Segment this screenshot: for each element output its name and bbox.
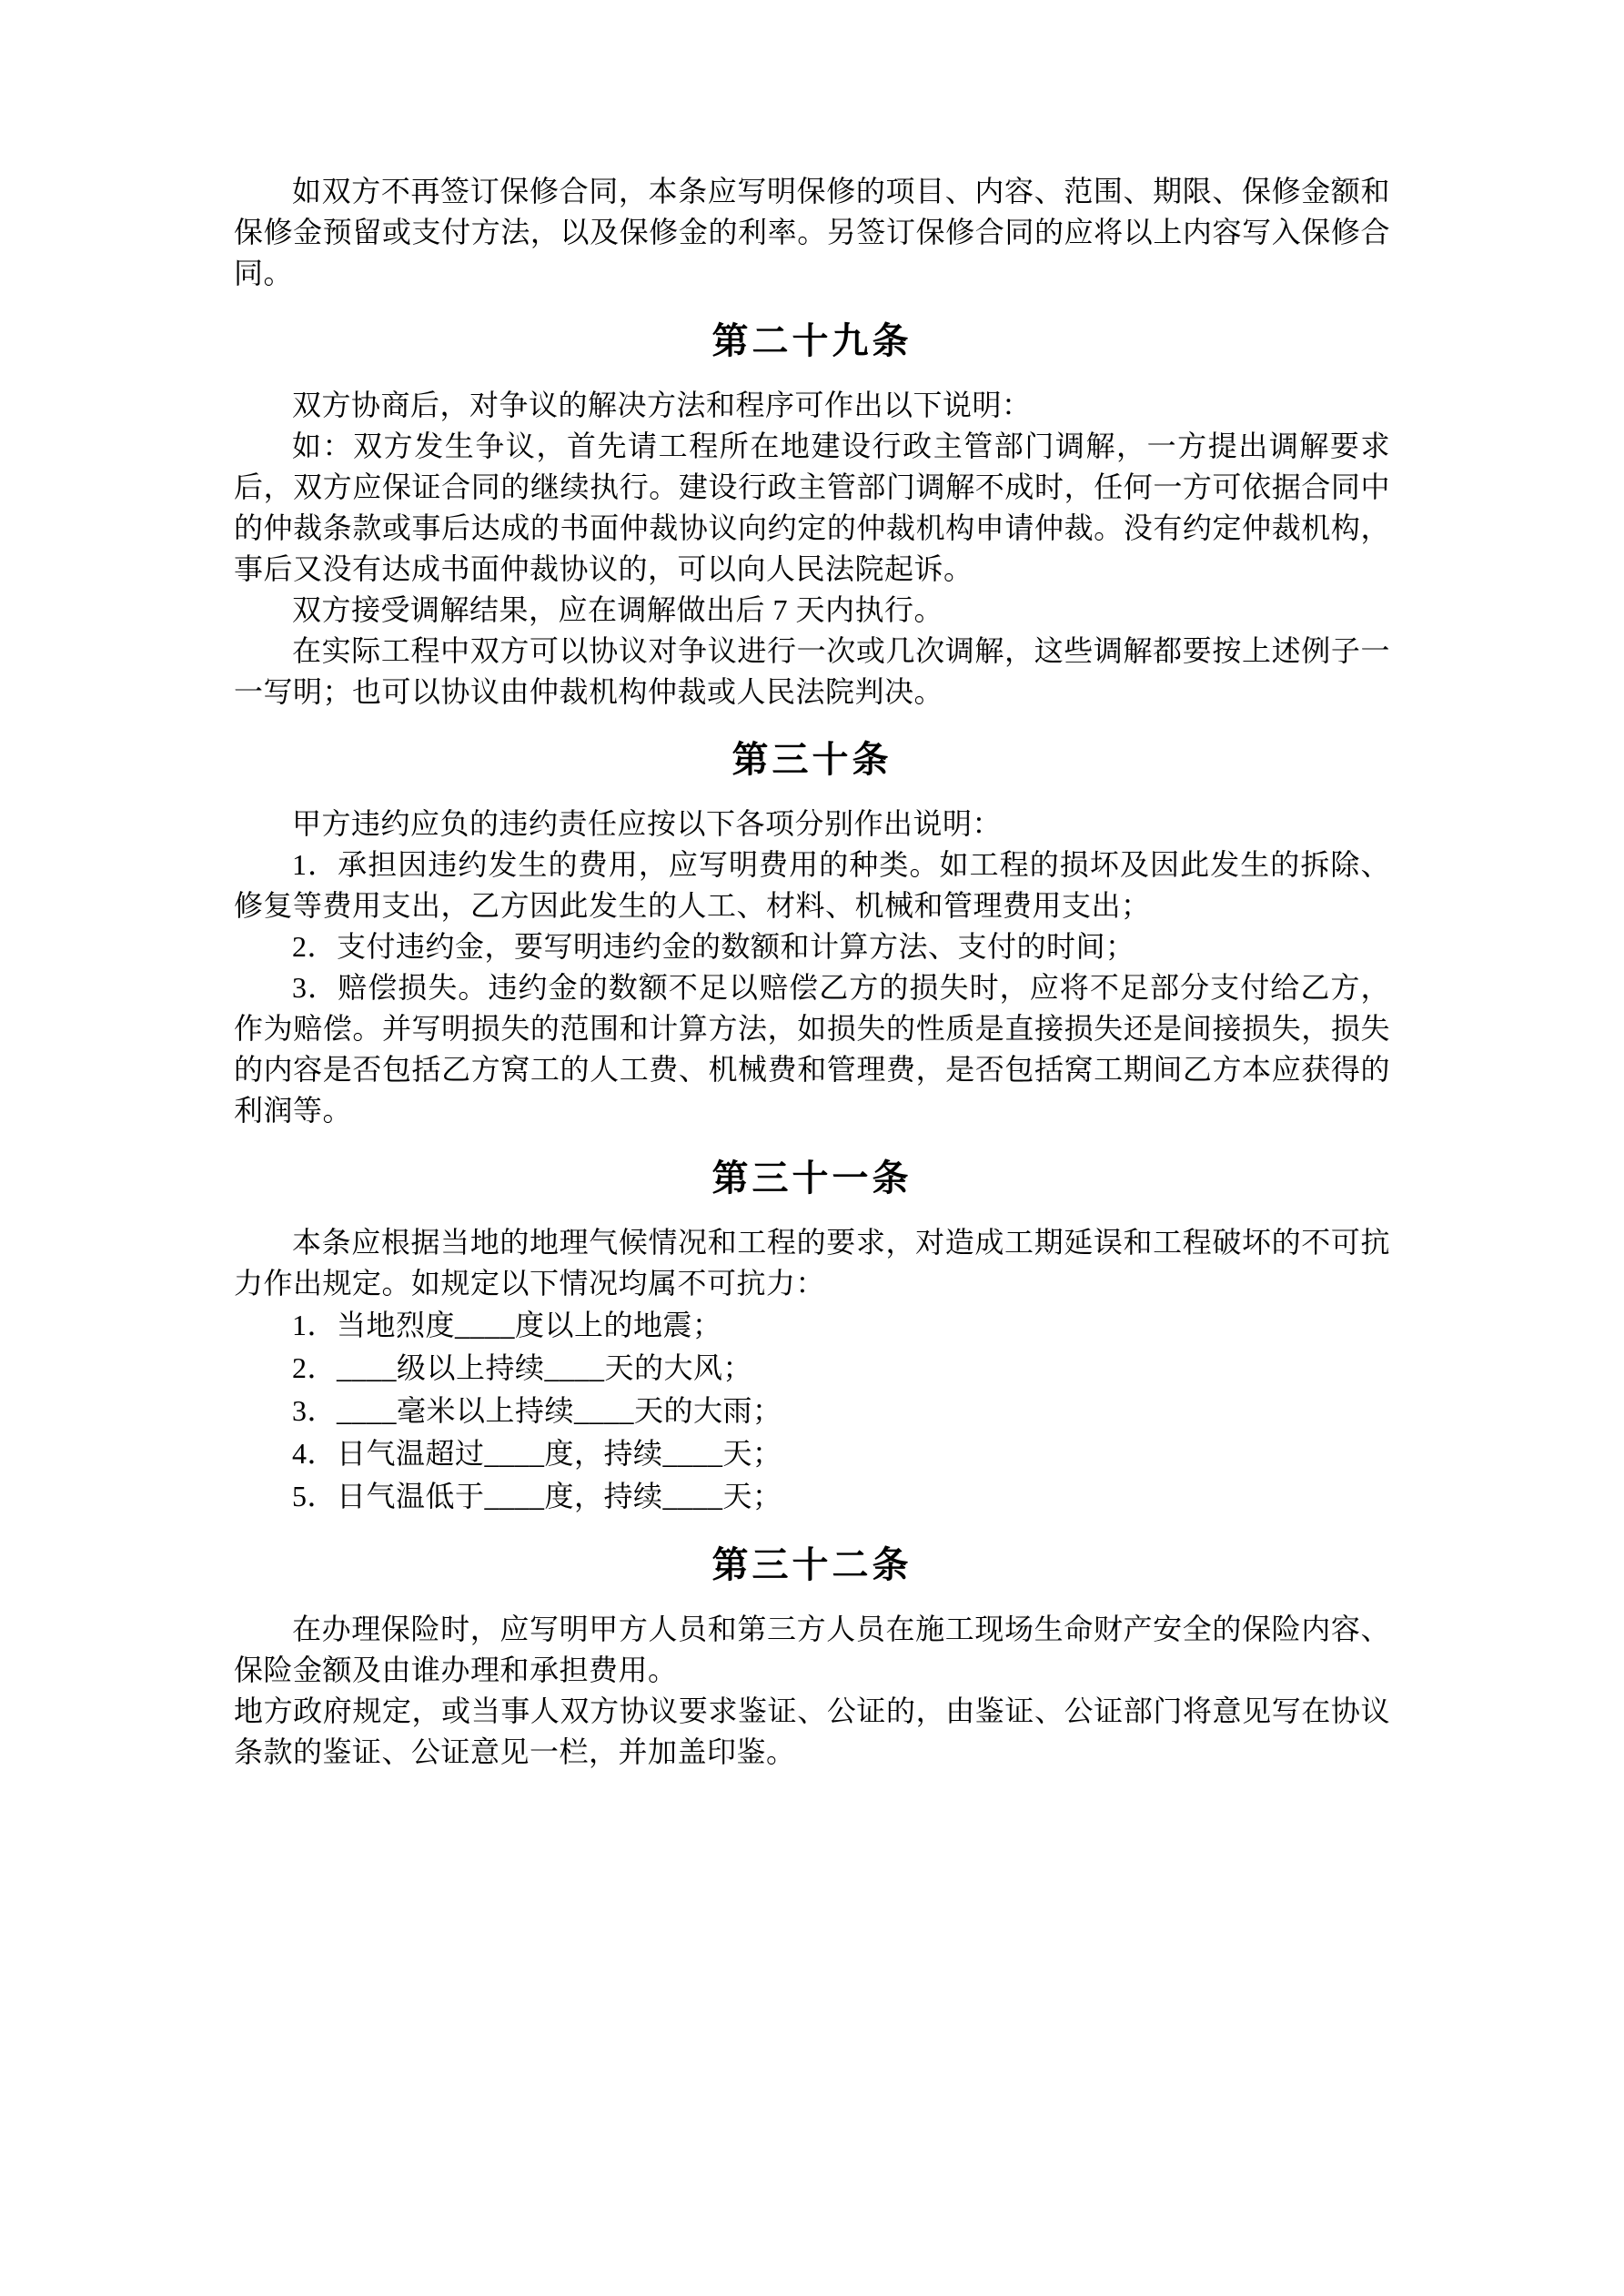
article-heading: 第三十条 (234, 736, 1390, 784)
force-majeure-list-item: 2．____级以上持续____天的大风； (234, 1347, 1390, 1390)
contract-document: 如双方不再签订保修合同，本条应写明保修的项目、内容、范围、期限、保修金额和保修金… (234, 171, 1390, 1773)
body-paragraph: 双方协商后，对争议的解决方法和程序可作出以下说明： (234, 385, 1390, 426)
article-heading: 第三十二条 (234, 1542, 1390, 1589)
body-paragraph: 2．支付违约金，要写明违约金的数额和计算方法、支付的时间； (234, 926, 1390, 967)
body-paragraph: 在办理保险时，应写明甲方人员和第三方人员在施工现场生命财产安全的保险内容、保险金… (234, 1609, 1390, 1691)
body-paragraph: 在实际工程中双方可以协议对争议进行一次或几次调解，这些调解都要按上述例子一一写明… (234, 631, 1390, 713)
force-majeure-list-item: 5．日气温低于____度，持续____天； (234, 1475, 1390, 1518)
body-paragraph: 如双方不再签订保修合同，本条应写明保修的项目、内容、范围、期限、保修金额和保修金… (234, 171, 1390, 294)
body-paragraph: 双方接受调解结果，应在调解做出后 7 天内执行。 (234, 590, 1390, 631)
document-page: 如双方不再签订保修合同，本条应写明保修的项目、内容、范围、期限、保修金额和保修金… (0, 0, 1624, 2296)
body-paragraph: 本条应根据当地的地理气候情况和工程的要求，对造成工期延误和工程破坏的不可抗力作出… (234, 1222, 1390, 1304)
body-paragraph: 甲方违约应负的违约责任应按以下各项分别作出说明： (234, 804, 1390, 845)
article-heading: 第二十九条 (234, 318, 1390, 365)
force-majeure-list-item: 3．____毫米以上持续____天的大雨； (234, 1390, 1390, 1432)
body-paragraph: 地方政府规定，或当事人双方协议要求鉴证、公证的，由鉴证、公证部门将意见写在协议条… (234, 1691, 1390, 1773)
force-majeure-list-item: 4．日气温超过____度，持续____天； (234, 1432, 1390, 1475)
article-heading: 第三十一条 (234, 1155, 1390, 1202)
body-paragraph: 1．承担因违约发生的费用，应写明费用的种类。如工程的损坏及因此发生的拆除、修复等… (234, 845, 1390, 926)
force-majeure-list-item: 1．当地烈度____度以上的地震； (234, 1304, 1390, 1347)
body-paragraph: 3．赔偿损失。违约金的数额不足以赔偿乙方的损失时，应将不足部分支付给乙方，作为赔… (234, 967, 1390, 1131)
body-paragraph: 如：双方发生争议，首先请工程所在地建设行政主管部门调解，一方提出调解要求后，双方… (234, 426, 1390, 590)
